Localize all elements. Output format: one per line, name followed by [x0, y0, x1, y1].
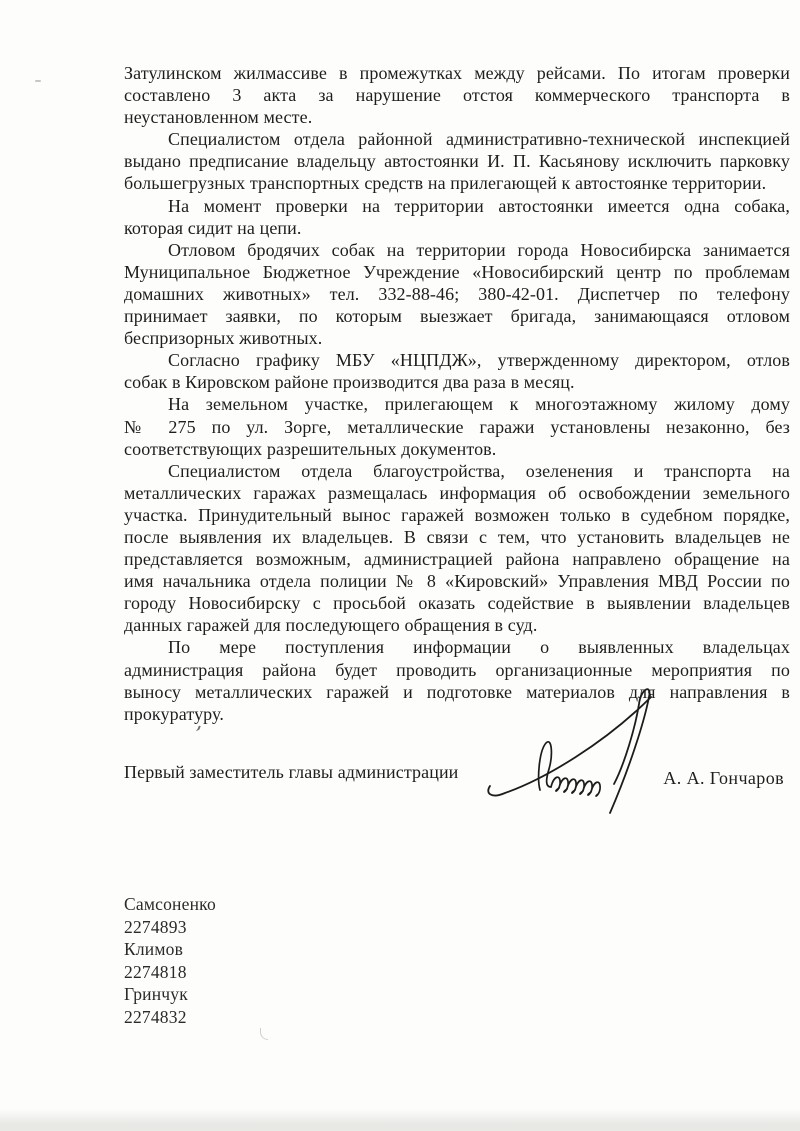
text-line: соответствующих разрешительных документо…: [124, 438, 790, 460]
text-line: На момент проверки на территории автосто…: [124, 195, 790, 217]
text-line: представляется возможным, администрацией…: [124, 548, 790, 570]
text-line: неустановленном месте.: [124, 106, 790, 128]
text-line: после выявления их владельцев. В связи с…: [124, 526, 790, 548]
text-line: Специалистом отдела районной администрат…: [124, 128, 790, 150]
text-line: выносу металлических гаражей и подготовк…: [124, 681, 790, 703]
signature-icon: [483, 683, 675, 815]
scan-shadow: [0, 1109, 800, 1131]
contact-name: Самсоненко: [124, 893, 216, 916]
text-line: На земельном участке, прилегающем к мног…: [124, 393, 790, 415]
scan-speck: [35, 80, 41, 82]
contact-phone: 2274832: [124, 1006, 216, 1029]
text-line: участка. Принудительный вынос гаражей во…: [124, 504, 790, 526]
text-line: данных гаражей для последующего обращени…: [124, 614, 790, 636]
signer-name: А. А. Гончаров: [663, 768, 784, 789]
text-line: имя начальника отдела полиции № 8 «Киров…: [124, 570, 790, 592]
text-line: составлено 3 акта за нарушение отстоя ко…: [124, 84, 790, 106]
scan-speck: [260, 1028, 268, 1040]
text-line: городу Новосибирску с просьбой оказать с…: [124, 592, 790, 614]
document-page: Затулинском жилмассиве в промежутках меж…: [0, 0, 800, 1131]
text-line: По мере поступления информации о выявлен…: [124, 636, 790, 658]
contact-name: Климов: [124, 938, 216, 961]
text-line: Специалистом отдела благоустройства, озе…: [124, 460, 790, 482]
text-line: собак в Кировском районе производится дв…: [124, 371, 790, 393]
text-line: большегрузных транспортных средств на пр…: [124, 172, 790, 194]
scan-speck: [193, 724, 201, 732]
text-line: принимает заявки, по которым выезжает бр…: [124, 305, 790, 327]
contact-list: Самсоненко2274893Климов2274818Гринчук227…: [124, 893, 216, 1029]
text-line: домашних животных» тел. 332-88-46; 380-4…: [124, 283, 790, 305]
document-body: Затулинском жилмассиве в промежутках меж…: [124, 62, 790, 725]
text-line: беспризорных животных.: [124, 327, 790, 349]
text-line: металлических гаражах размещалась информ…: [124, 482, 790, 504]
text-line: Согласно графику МБУ «НЦПДЖ», утвержденн…: [124, 349, 790, 371]
text-line: № 275 по ул. Зорге, металлические гаражи…: [124, 416, 790, 438]
text-line: выдано предписание владельцу автостоянки…: [124, 150, 790, 172]
contact-phone: 2274818: [124, 961, 216, 984]
text-line: Муниципальное Бюджетное Учреждение «Ново…: [124, 261, 790, 283]
text-line: которая сидит на цепи.: [124, 217, 790, 239]
text-line: Отловом бродячих собак на территории гор…: [124, 239, 790, 261]
contact-phone: 2274893: [124, 916, 216, 939]
signer-title: Первый заместитель главы администрации: [124, 762, 458, 783]
text-line: администрация района будет проводить орг…: [124, 659, 790, 681]
text-line: Затулинском жилмассиве в промежутках меж…: [124, 62, 790, 84]
text-line: прокуратуру.: [124, 703, 790, 725]
contact-name: Гринчук: [124, 983, 216, 1006]
